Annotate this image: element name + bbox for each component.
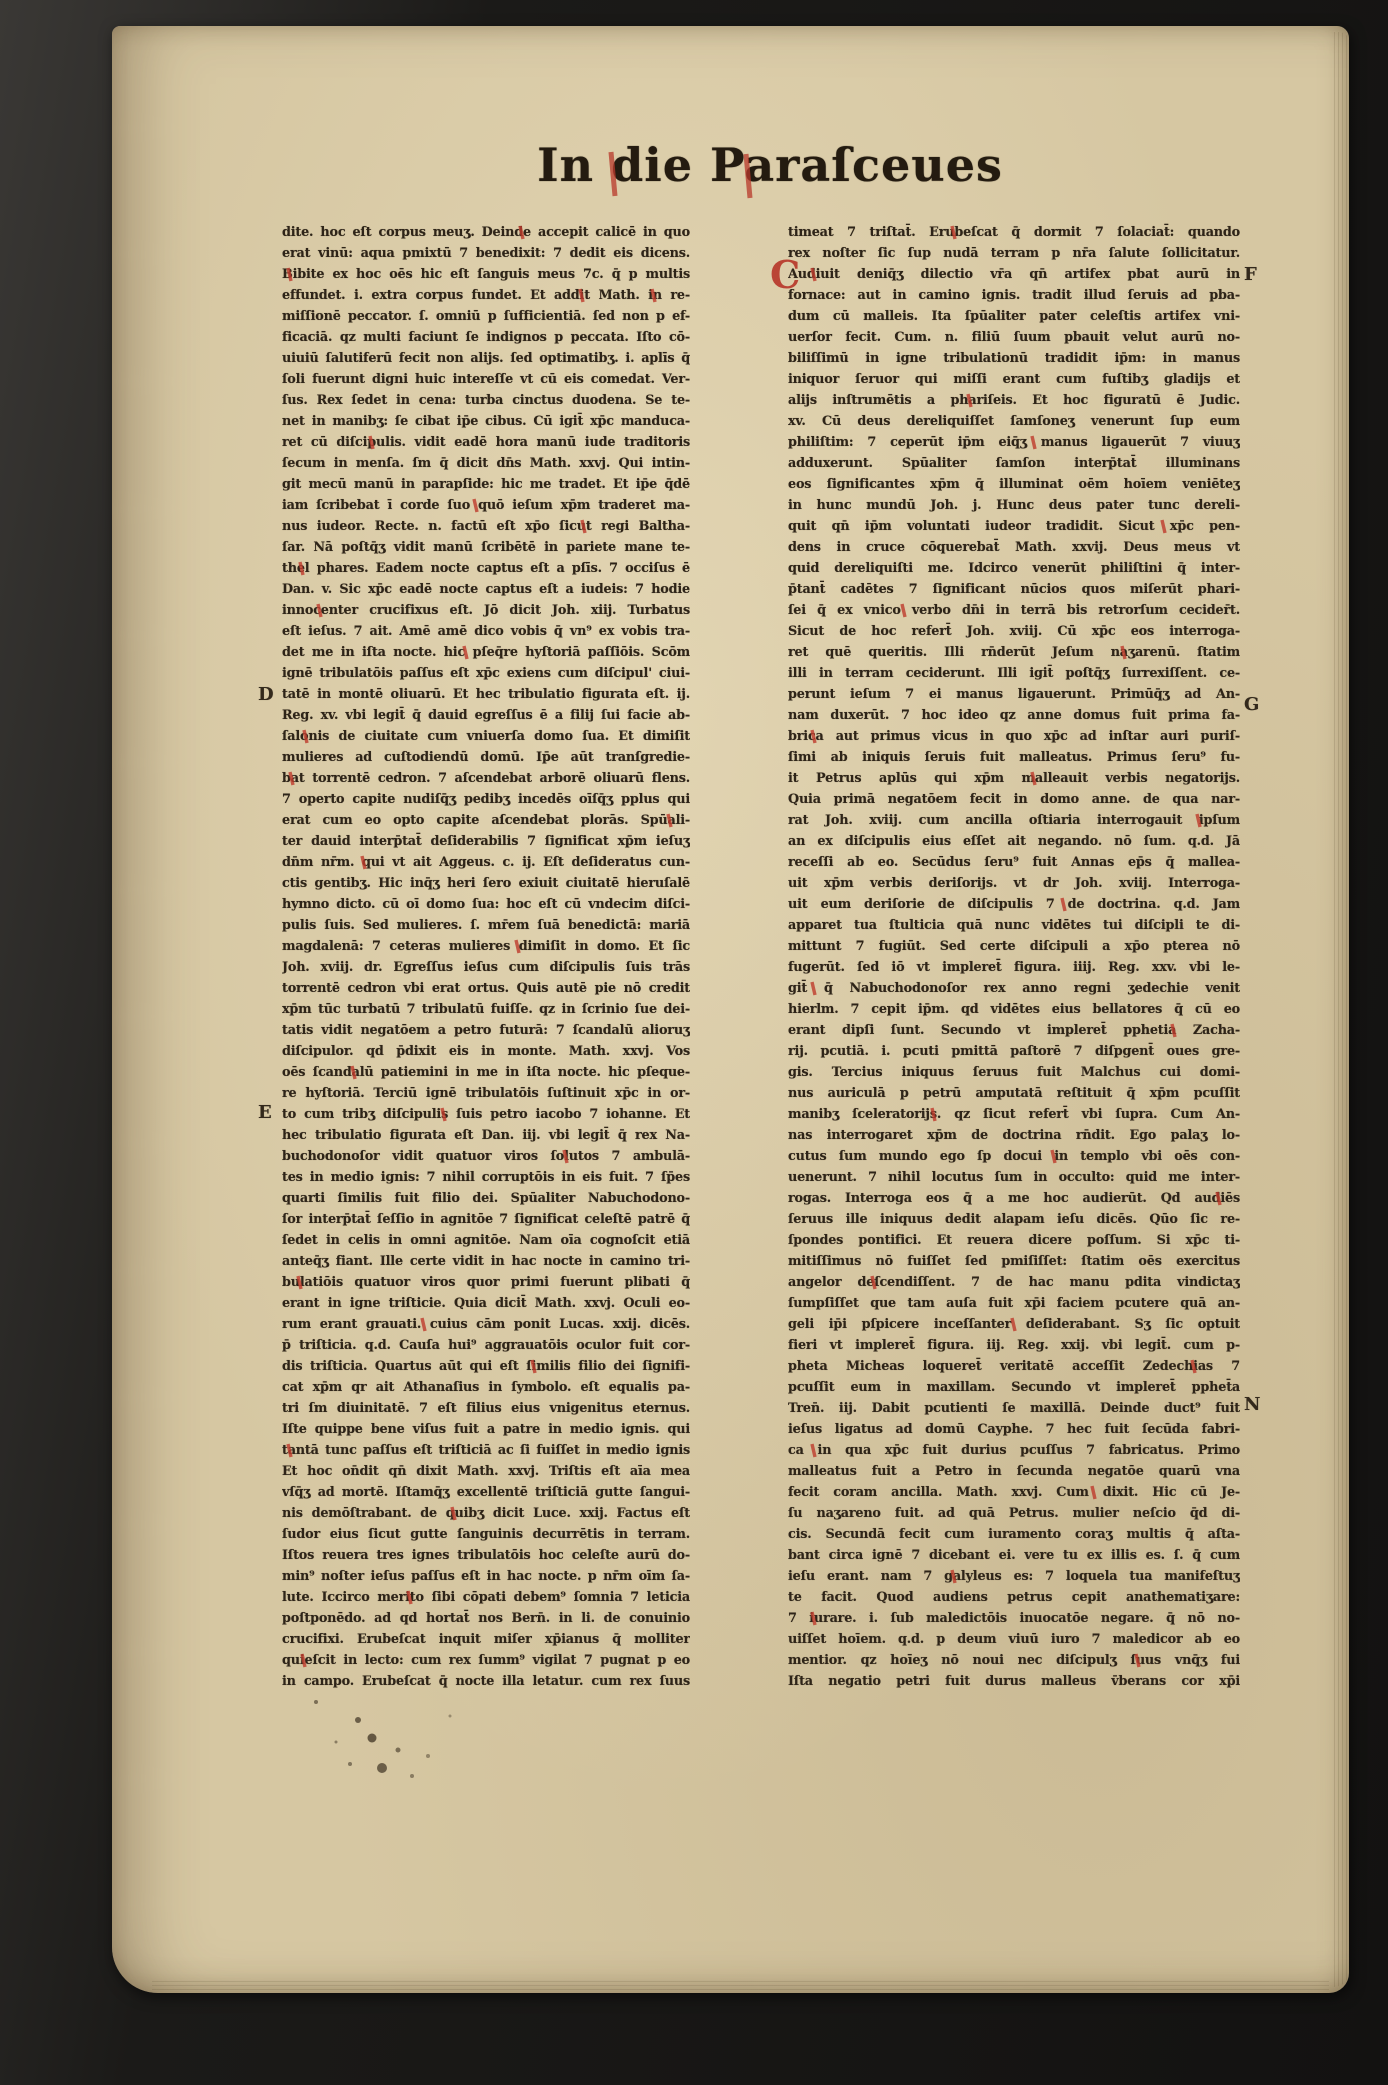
text-line: ſecum in menſa. ſm q̄ dicit dn̄s Math. x… (282, 453, 690, 474)
text-line: dens in cruce cōquerebat̄ Math. xxvij. D… (788, 537, 1240, 558)
text-line: thel phares. Eadem nocte captus eſt a pſ… (282, 558, 690, 579)
text-line: effundet. i. extra corpus fundet. Et add… (282, 285, 690, 306)
text-line: fecit coram ancilla. Math. xxvj. Cum dix… (788, 1482, 1240, 1503)
text-line: tatē in montē oliuarū. Et hec tribulatio… (282, 684, 690, 705)
text-line: quarti ſimilis fuit filio dei. Spūaliter… (282, 1188, 690, 1209)
text-line: oēs ſcandalū patiemini in me in iſta noc… (282, 1062, 690, 1083)
text-line: 7 iurare. i. ſub maledictōis inuocatōe n… (788, 1608, 1240, 1629)
text-line: p̄tant̄ cadētes 7 ſignificant nūcios quo… (788, 579, 1240, 600)
text-line: it Petrus aplūs qui xp̄m malleauit verbi… (788, 768, 1240, 789)
page-fore-edge (1334, 32, 1349, 1987)
text-line: philiſtim: 7 ceperūt ip̄m eiq̄ʒ manus li… (788, 432, 1240, 453)
text-line: tri ſm diuinitatē. 7 eſt filius eius vni… (282, 1398, 690, 1419)
text-line: nus auriculā p petrū amputatā reſtituit … (788, 1083, 1240, 1104)
text-line: mentior. qz hoīeʒ nō noui nec diſcipulʒ … (788, 1650, 1240, 1671)
text-line: apparet tua ſtulticia quā nunc vidētes t… (788, 915, 1240, 936)
text-line: ſedet in celis in omni agnitōe. Nam oīa … (282, 1230, 690, 1251)
text-line: uiuiū ſalutiferū fecit non alijs. ſed op… (282, 348, 690, 369)
text-line: magdalenā: 7 ceteras mulieres dimiſit in… (282, 936, 690, 957)
text-line: Quia primā negatōem fecit in domo anne. … (788, 789, 1240, 810)
text-line: ſumpſiſſet que tam auſa fuit xp̄i faciem… (788, 1293, 1240, 1314)
text-line: tatis vidit negatōem a petro futurā: 7 ſ… (282, 1020, 690, 1041)
text-line: anteq̄ʒ fiant. Ille certe vidit in hac n… (282, 1251, 690, 1272)
text-line: rogas. Interroga eos q̄ a me hoc audierū… (788, 1188, 1240, 1209)
text-line: pulis ſuis. Sed mulieres. ſ. mr̄em ſuā b… (282, 915, 690, 936)
text-line: hymno dicto. cū oī domo ſua: hoc eſt cū … (282, 894, 690, 915)
text-line: ſeruus ille iniquus dedit alapam ieſu di… (788, 1209, 1240, 1230)
text-line: manibʒ ſceleratorijs. qz ſicut refert̄ v… (788, 1104, 1240, 1125)
photo-background: In die Paraſceues dite. hoc eſt corpus m… (0, 0, 1388, 2085)
text-line: ter dauid interp̄tat̄ deſiderabilis 7 ſi… (282, 831, 690, 852)
text-line: Joh. xviij. dr. Egreſſus ieſus cum diſci… (282, 957, 690, 978)
text-line: lute. Iccirco merito ſibi cōpati debem⁹ … (282, 1587, 690, 1608)
text-line: ſu naʒareno fuit. ad quā Petrus. mulier … (788, 1503, 1240, 1524)
text-line: receſſi ab eo. Secūdus ſeru⁹ fuit Annas … (788, 852, 1240, 873)
marginal-letter-e: E (258, 1102, 272, 1123)
text-line: cat xp̄m qr ait Athanaſius in ſymbolo. e… (282, 1377, 690, 1398)
text-line: cutus ſum mundo ego ſp docui in templo v… (788, 1146, 1240, 1167)
text-line: quit qn̄ ip̄m voluntati iudeor tradidit.… (788, 516, 1240, 537)
text-line: erant in igne triſticie. Quia dicit̄ Mat… (282, 1293, 690, 1314)
text-line: pcuſſit eum in maxillam. Secundo vt impl… (788, 1377, 1240, 1398)
text-line: quid dereliquiſti me. Idcirco venerūt ph… (788, 558, 1240, 579)
text-line: iniquor ſeruor qui miſſi erant cum fuſti… (788, 369, 1240, 390)
text-line: rat Joh. xviij. cum ancilla oſtiaria int… (788, 810, 1240, 831)
text-line: brica aut primus vicus in quo xp̄c ad in… (788, 726, 1240, 747)
book-page: In die Paraſceues dite. hoc eſt corpus m… (112, 26, 1349, 1993)
text-line: tes in medio ignis: 7 nihil corruptōis i… (282, 1167, 690, 1188)
text-line: quieſcit in lecto: cum rex ſumm⁹ vigilat… (282, 1650, 690, 1671)
text-line: iam ſcribebat ī corde ſuo quō ieſum xp̄m… (282, 495, 690, 516)
text-line: rum erant grauati. cuius cām ponit Lucas… (282, 1314, 690, 1335)
text-line: ctis gentibʒ. Hic inq̄ʒ heri ſero exiuit… (282, 873, 690, 894)
text-line: erat vinū: aqua pmixtū 7 benedixit: 7 de… (282, 243, 690, 264)
text-line: nam duxerūt. 7 hoc ideo qz anne domus fu… (788, 705, 1240, 726)
text-line: det me in iſta nocte. hic pſeq̄re hyſtor… (282, 642, 690, 663)
marginal-letter-g: G (1244, 694, 1259, 715)
text-line: dis triſticia. Quartus aūt qui eſt ſimil… (282, 1356, 690, 1377)
text-line: ſpondes pontifici. Et reuera dicere poſſ… (788, 1230, 1240, 1251)
text-line: crucifixi. Erubeſcat inquit miſer xp̄ian… (282, 1629, 690, 1650)
text-line: buchodonoſor vidit quatuor viros ſolutos… (282, 1146, 690, 1167)
text-line: 7 operto capite nudiſq̄ʒ pedibʒ incedēs … (282, 789, 690, 810)
text-line: dum cū malleis. Ita ſpūaliter pater cele… (788, 306, 1240, 327)
text-line: in campo. Erubeſcat q̄ nocte illa letatu… (282, 1671, 690, 1692)
text-line: miſſionē peccator. ſ. omniū p ſufficient… (282, 306, 690, 327)
text-line: cis. Secundā fecit cum iuramento coraʒ m… (788, 1524, 1240, 1545)
text-line: gis. Tercius iniquus ſeruus fuit Malchus… (788, 1062, 1240, 1083)
text-line: Et hoc on̄dit qn̄ dixit Math. xxvj. Triſ… (282, 1461, 690, 1482)
text-line: git̄ q̄ Nabuchodonoſor rex anno regni ʒe… (788, 978, 1240, 999)
text-line: erat cum eo opto capite aſcendebat plorā… (282, 810, 690, 831)
text-line: Sicut de hoc refert̄ Joh. xviij. Cū xp̄c… (788, 621, 1240, 642)
text-line: eos ſignificantes xp̄m q̄ illuminat oēm … (788, 474, 1240, 495)
page-bottom-edge (152, 1981, 1329, 1993)
text-line: ſus. Rex ſedet in cena: turba cinctus du… (282, 390, 690, 411)
text-line: vſq̄ʒ ad mortē. Iſtamq̄ʒ excellentē triſ… (282, 1482, 690, 1503)
text-line: net in manibʒ: ſe cibat ip̄e cibus. Cū i… (282, 411, 690, 432)
text-line: biliſſimū in igne tribulationū tradidit … (788, 348, 1240, 369)
text-line: Iſta negatio petri fuit durus malleus v̄… (788, 1671, 1240, 1692)
text-line: eſt ieſus. 7 ait. Amē amē dico vobis q̄ … (282, 621, 690, 642)
text-line: perunt ieſum 7 ei manus ligauerunt. Prim… (788, 684, 1240, 705)
text-line: ſalonis de ciuitate cum vniuerſa domo ſu… (282, 726, 690, 747)
text-line: uerſor fecit. Cum. n. filiū ſuum pbauit … (788, 327, 1240, 348)
text-line: dite. hoc eſt corpus meuʒ. Deinde accepi… (282, 222, 690, 243)
text-line: ret cū diſcipulis. vidit eadē hora manū … (282, 432, 690, 453)
text-line: dn̄m nr̄m. qui vt ait Aggeus. c. ij. Eſt… (282, 852, 690, 873)
text-line: poſtponēdo. ad qd hortat̄ nos Bern̄. in … (282, 1608, 690, 1629)
text-line: diſcipulor. qd p̄dixit eis in monte. Mat… (282, 1041, 690, 1062)
marginal-letter-n: N (1244, 1394, 1260, 1415)
text-line: erant dipſi ſunt. Secundo vt impleret̄ p… (788, 1020, 1240, 1041)
text-line: uiſſet hoīem. q.d. p deum viuū iuro 7 ma… (788, 1629, 1240, 1650)
text-line: ſimi ab iniquis ſeruis fuit malleatus. P… (788, 747, 1240, 768)
text-line: p̄ triſticia. q.d. Cauſa hui⁹ aggrauatōi… (282, 1335, 690, 1356)
text-line: Bibite ex hoc oēs hic eſt ſanguis meus 7… (282, 264, 690, 285)
text-line: torrentē cedron vbi erat ortus. Quis aut… (282, 978, 690, 999)
text-line: bant circa ignē 7 dicebant ei. vere tu e… (788, 1545, 1240, 1566)
text-column-right: timeat 7 triſtat̄. Erubeſcat q̄ dormit 7… (788, 222, 1240, 1692)
text-line: to cum tribʒ diſcipulis ſuis petro iacob… (282, 1104, 690, 1125)
text-line: Audiuit deniq̄ʒ dilectio vr̄a qn̄ artife… (788, 264, 1240, 285)
text-line: timeat 7 triſtat̄. Erubeſcat q̄ dormit 7… (788, 222, 1240, 243)
text-line: ieſu erant. nam 7 galyleus es: 7 loquela… (788, 1566, 1240, 1587)
text-line: ſudor eius ſicut gutte ſanguinis decurrē… (282, 1524, 690, 1545)
text-line: rex noſter ſic ſup nudā terram p nr̄a ſa… (788, 243, 1240, 264)
text-line: ſoli fuerunt digni huic intereſſe vt cū … (282, 369, 690, 390)
text-line: ſar. Nā poſtq̄ʒ vidit manū ſcribētē in p… (282, 537, 690, 558)
text-line: angelor deſcendiſſent. 7 de hac manu pdi… (788, 1272, 1240, 1293)
text-line: Iſte quippe bene viſus fuit a patre in m… (282, 1419, 690, 1440)
text-line: nus iudeor. Recte. n. factū eſt xp̄o ſic… (282, 516, 690, 537)
text-line: re hyſtoriā. Terciū ignē tribulatōis ſuſ… (282, 1083, 690, 1104)
text-line: te facit. Quod audiens petrus cepit anat… (788, 1587, 1240, 1608)
text-line: ficaciā. qz multi faciunt ſe indignos p … (282, 327, 690, 348)
rubric-initial-c: C (770, 252, 800, 297)
text-line: an ex diſcipulis eius eſſet ait negando.… (788, 831, 1240, 852)
text-line: hec tribulatio figurata eſt Dan. iij. vb… (282, 1125, 690, 1146)
text-line: ignē tribulatōis paſſus eſt xp̄c exiens … (282, 663, 690, 684)
text-column-left: dite. hoc eſt corpus meuʒ. Deinde accepi… (282, 222, 690, 1692)
text-line: mulieres ad cuſtodiendū domū. Ip̄e aūt t… (282, 747, 690, 768)
text-line: Dan. v. Sic xp̄c eadē nocte captus eſt a… (282, 579, 690, 600)
text-line: mitiſſimus nō fuiſſet ſed pmiſiſſet: ſta… (788, 1251, 1240, 1272)
text-line: in hunc mundū Joh. j. Hunc deus pater tu… (788, 495, 1240, 516)
text-line: malleatus fuit a Petro in ſecunda negatō… (788, 1461, 1240, 1482)
text-line: pheta Micheas loqueret̄ veritatē acceſſi… (788, 1356, 1240, 1377)
marginal-letter-d: D (258, 684, 274, 705)
text-line: min⁹ noſter ieſus paſſus eſt in hac noct… (282, 1566, 690, 1587)
text-line: fieri vt impleret̄ figura. iij. Reg. xxi… (788, 1335, 1240, 1356)
text-line: tantā tunc paſſus eſt triſticiā ac ſi fu… (282, 1440, 690, 1461)
text-line: ieſus ligatus ad domū Cayphe. 7 hec fuit… (788, 1419, 1240, 1440)
text-line: alijs inſtrumētis a phariſeis. Et hoc fi… (788, 390, 1240, 411)
text-line: ſei q̄ ex vnico verbo dn̄i in terrā bis … (788, 600, 1240, 621)
text-line: adduxerunt. Spūaliter ſamſon interp̄tat̄… (788, 453, 1240, 474)
text-line: mittunt 7 fugiūt. Sed certe diſcipuli a … (788, 936, 1240, 957)
text-line: uit eum deriſorie de diſcipulis 7 de doc… (788, 894, 1240, 915)
text-line: illi in terram ceciderunt. Illi igit̄ po… (788, 663, 1240, 684)
text-line: ſor interp̄tat̄ ſeſſio in agnitōe 7 ſign… (282, 1209, 690, 1230)
text-line: uit xp̄m verbis deriſorijs. vt dr Joh. x… (788, 873, 1240, 894)
text-line: uenerunt. 7 nihil locutus ſum in occulto… (788, 1167, 1240, 1188)
page-header-title: In die Paraſceues (520, 138, 1020, 192)
text-line: geli ip̄i pſpicere inceſſanter deſiderab… (788, 1314, 1240, 1335)
text-line: innocenter crucifixus eſt. Jō dicit Joh.… (282, 600, 690, 621)
text-line: hierlm. 7 cepit ip̄m. qd vidētes eius be… (788, 999, 1240, 1020)
text-line: Iſtos reuera tres ignes tribulatōis hoc … (282, 1545, 690, 1566)
text-line: bulatiōis quatuor viros quor primi fueru… (282, 1272, 690, 1293)
text-line: rij. pcutiā. i. pcuti pmittā paſtorē 7 d… (788, 1041, 1240, 1062)
text-line: git mecū manū in parapſide: hic me trade… (282, 474, 690, 495)
text-line: nis demōſtrabant. de quibʒ dicit Luce. x… (282, 1503, 690, 1524)
marginal-letter-f: F (1244, 264, 1257, 285)
text-line: fugerūt. ſed iō vt impleret̄ figura. iii… (788, 957, 1240, 978)
text-line: xp̄m tūc turbatū 7 tribulatū fuiſſe. qz … (282, 999, 690, 1020)
text-line: xv. Cū deus dereliquiſſet ſamſoneʒ vener… (788, 411, 1240, 432)
text-line: ret quē queritis. Illi rn̄derūt Jeſum na… (788, 642, 1240, 663)
text-line: Reg. xv. vbi legit̄ q̄ dauid egreſſus ē … (282, 705, 690, 726)
text-line: bat torrentē cedron. 7 aſcendebat arborē… (282, 768, 690, 789)
text-line: fornace: aut in camino ignis. tradit ill… (788, 285, 1240, 306)
text-line: ca in qua xp̄c fuit durius pcuſſus 7 fab… (788, 1440, 1240, 1461)
text-line: nas interrogaret xp̄m de doctrina rn̄dit… (788, 1125, 1240, 1146)
text-line: Tren̄. iij. Dabit pcutienti ſe maxillā. … (788, 1398, 1240, 1419)
